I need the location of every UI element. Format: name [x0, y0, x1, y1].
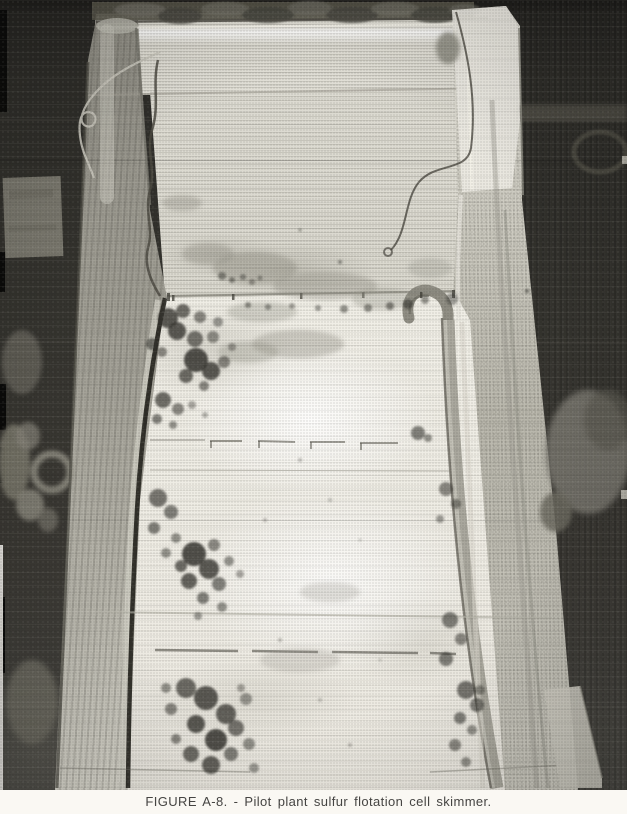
document-page: FIGURE A-8. - Pilot plant sulfur flotati… [0, 0, 627, 814]
figure-photo [0, 0, 627, 790]
film-grain-overlay [0, 0, 627, 790]
figure-caption: FIGURE A-8. - Pilot plant sulfur flotati… [0, 789, 627, 814]
figure-caption-text: FIGURE A-8. - Pilot plant sulfur flotati… [145, 794, 491, 809]
